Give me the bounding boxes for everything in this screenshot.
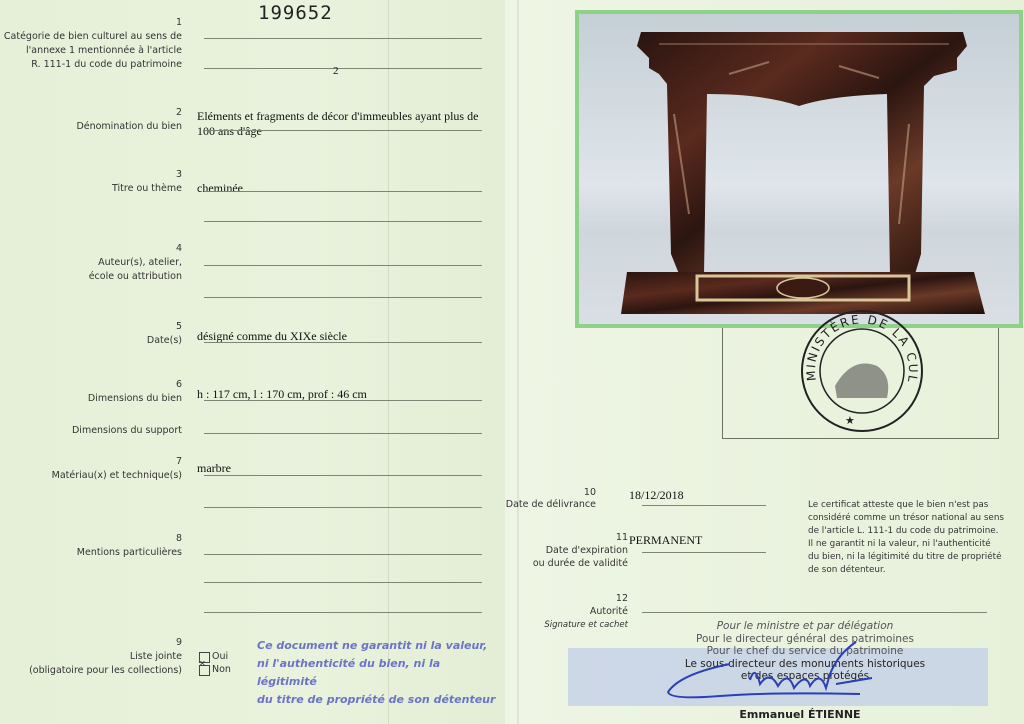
field-5-label: 5 Date(s) [147,320,182,348]
ministry-seal-icon: MINISTÈRE DE LA CULTURE ★ [797,306,927,436]
object-photo [575,10,1023,328]
field-3-line-1 [204,191,482,192]
field-10-value: 18/12/2018 [629,488,684,503]
field-2-value-line-1: Eléments et fragments de décor d'immeubl… [197,109,478,124]
page-gutter [517,0,519,724]
field-7-line-2 [204,507,482,508]
field-11-number: 11 [616,531,628,544]
field-11-label-a: Date d'expiration [546,544,628,557]
field-1-value: 2 [333,65,339,77]
support-dimensions-line [204,433,482,434]
field-11-label-b: ou durée de validité [533,557,628,570]
field-12-line [642,612,987,613]
fireplace-illustration [579,14,1019,324]
fireplace-image [579,14,1019,324]
signature-icon [660,634,900,710]
field-9-label: 9 Liste jointe (obligatoire pour les col… [29,636,182,678]
field-6-label: 6 Dimensions du bien [88,378,182,406]
field-8-line-2 [204,582,482,583]
field-3-line-2 [204,221,482,222]
support-dimensions-label: Dimensions du support [72,424,182,438]
field-12-label: Autorité [590,605,628,618]
field-1-line-1 [204,38,482,39]
field-8-line-1 [204,554,482,555]
field-6-line [204,400,482,401]
field-11-value: PERMANENT [629,533,702,548]
field-2-line [204,130,482,131]
svg-text:★: ★ [845,414,855,427]
field-12-number: 12 [616,592,628,605]
field-11-line [642,552,766,553]
field-8-label: 8 Mentions particulières [77,532,182,560]
field-2-label: 2 Dénomination du bien [76,106,182,134]
checkbox-non-label: Non [212,664,231,675]
signer-name: Emmanuel ÉTIENNE [700,708,900,721]
field-12-sublabel: Signature et cachet [544,619,628,632]
certificate-note: Le certificat atteste que le bien n'est … [808,499,1023,577]
field-7-value: marbre [197,461,231,476]
field-3-label: 3 Titre ou thème [112,168,182,196]
field-5-line [204,342,482,343]
field-10-line [642,505,766,506]
serial-number: 199652 [258,2,333,24]
checkbox-oui-label: Oui [212,651,228,662]
field-3-value: cheminée [197,181,243,196]
field-10-label: Date de délivrance [506,498,596,511]
field-2-value-line-2: 100 ans d'âge [197,124,262,139]
check-mark-icon: ✕ [199,659,206,668]
disclaimer-text: Ce document ne garantit ni la valeur, ni… [257,637,497,709]
field-4-line-2 [204,297,482,298]
field-4-line-1 [204,265,482,266]
field-7-label: 7 Matériau(x) et technique(s) [52,455,182,483]
field-8-line-3 [204,612,482,613]
field-7-line-1 [204,475,482,476]
field-4-label: 4 Auteur(s), atelier, école ou attributi… [89,242,182,284]
field-1-line-2 [204,68,482,69]
field-1-label: 1 Catégorie de bien culturel au sens de … [4,16,182,72]
